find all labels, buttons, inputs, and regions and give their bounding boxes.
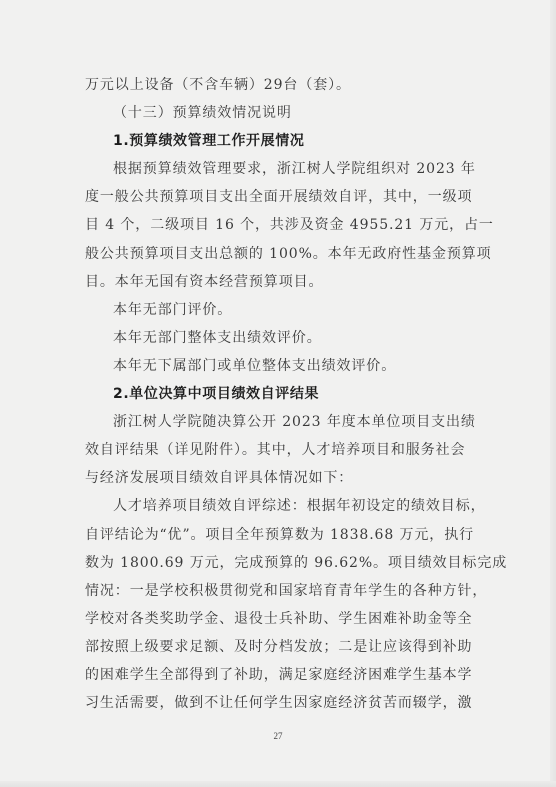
paragraph-line: 目 4 个，二级项目 16 个，共涉及资金 4955.21 万元，占一: [85, 211, 477, 239]
page-number: 27: [0, 731, 556, 741]
paragraph-line: 本年无部门评价。: [85, 296, 477, 324]
paragraph-line: 般公共预算项目支出总额的 100%。本年无政府性基金预算项: [85, 240, 477, 268]
heading-self-evaluation-results: 2.单位决算中项目绩效自评结果: [85, 380, 477, 408]
page-content: 万元以上设备（不含车辆）29台（套）。 （十三）预算绩效情况说明 1.预算绩效管…: [85, 71, 477, 717]
paragraph-line: 与经济发展项目绩效自评具体情况如下：: [85, 464, 477, 492]
page-edge-shadow-right: [550, 0, 556, 787]
document-page: 万元以上设备（不含车辆）29台（套）。 （十三）预算绩效情况说明 1.预算绩效管…: [0, 0, 550, 781]
paragraph-line: 本年无部门整体支出绩效评价。: [85, 324, 477, 352]
paragraph-line: 浙江树人学院随决算公开 2023 年度本单位项目支出绩: [85, 408, 477, 436]
paragraph-line: 人才培养项目绩效自评综述：根据年初设定的绩效目标，: [85, 492, 477, 520]
paragraph-line: 自评结论为“优”。项目全年预算数为 1838.68 万元，执行: [85, 521, 477, 549]
paragraph-line: 数为 1800.69 万元，完成预算的 96.62%。项目绩效目标完成: [85, 549, 477, 577]
body-line: 万元以上设备（不含车辆）29台（套）。: [85, 71, 477, 99]
paragraph-line: 习生活需要，做到不让任何学生因家庭经济贫苦而辍学，激: [85, 689, 477, 717]
paragraph-line: 根据预算绩效管理要求，浙江树人学院组织对 2023 年: [85, 155, 477, 183]
paragraph-line: 度一般公共预算项目支出全面开展绩效自评，其中，一级项: [85, 183, 477, 211]
paragraph-line: 的困难学生全部得到了补助，满足家庭经济困难学生基本学: [85, 661, 477, 689]
paragraph-line: 部按照上级要求足额、及时分档发放；二是让应该得到补助: [85, 633, 477, 661]
paragraph-line: 学校对各类奖助学金、退役士兵补助、学生困难补助金等全: [85, 605, 477, 633]
paragraph-line: 情况：一是学校积极贯彻党和国家培育青年学生的各种方针，: [85, 577, 477, 605]
heading-performance-management: 1.预算绩效管理工作开展情况: [85, 127, 477, 155]
paragraph-line: 目。本年无国有资本经营预算项目。: [85, 268, 477, 296]
paragraph-line: 效自评结果（详见附件）。其中，人才培养项目和服务社会: [85, 436, 477, 464]
page-edge-shadow-bottom: [0, 781, 556, 787]
paragraph-line: 本年无下属部门或单位整体支出绩效评价。: [85, 352, 477, 380]
section-heading-13: （十三）预算绩效情况说明: [85, 99, 477, 127]
